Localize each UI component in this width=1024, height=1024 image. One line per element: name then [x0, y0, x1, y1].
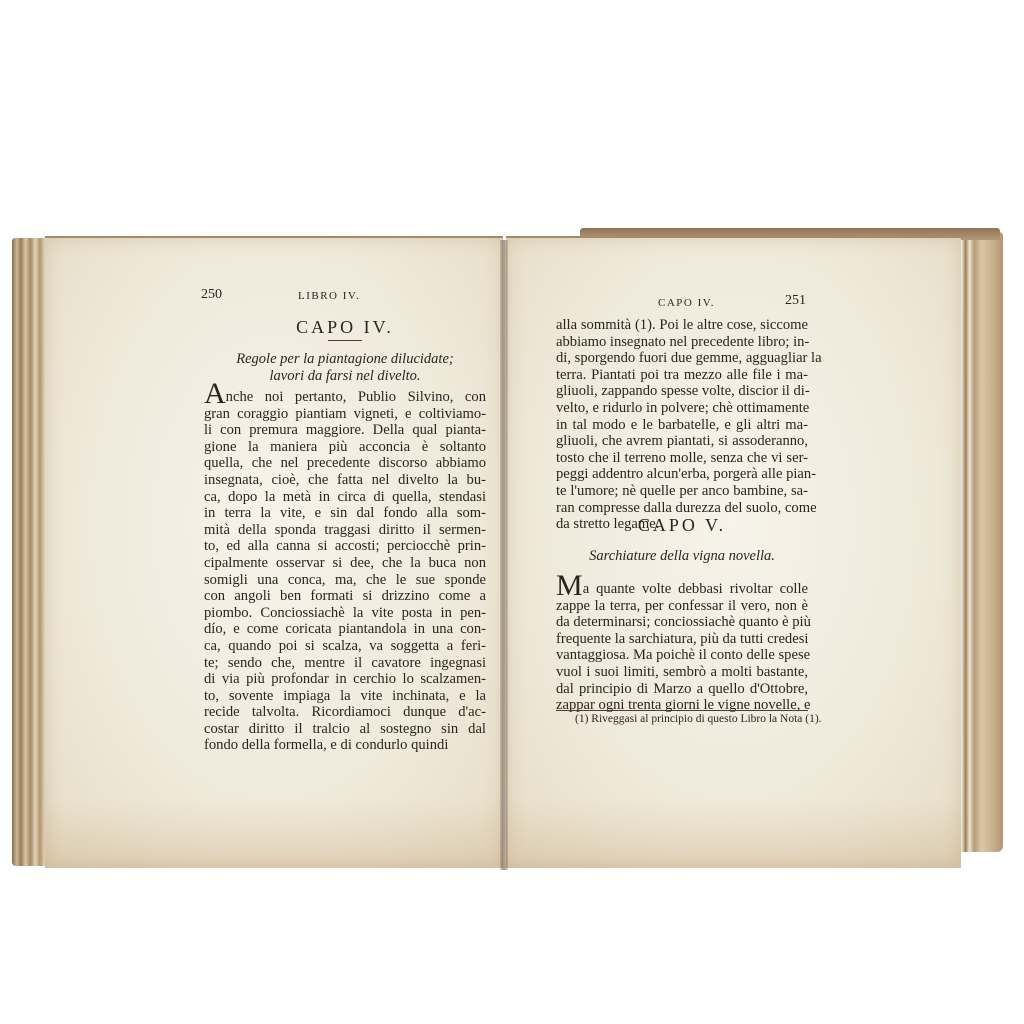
book-gutter: [500, 240, 508, 870]
body-line: vantaggiosa. Ma poichè il conto delle sp…: [556, 647, 808, 664]
body-line: te; sendo che, mentre il cavatore ingegn…: [204, 655, 486, 672]
body-line: insegnata, cioè, che fatta nel divelto l…: [204, 472, 486, 489]
body-line: gliuoli, che avrem piantati, si assodera…: [556, 433, 808, 450]
body-line: ca, quando poi si scalza, va soggetta a …: [204, 638, 486, 655]
body-line: alla sommità (1). Poi le altre cose, sic…: [556, 317, 808, 334]
chapter-subtitle-right: Sarchiature della vigna novella.: [556, 548, 808, 565]
body-line: frequente la sarchiatura, più da tutti c…: [556, 631, 808, 648]
page-number-left: 250: [201, 287, 222, 303]
body-line: to, ed alla canna si accosti; perciocchè…: [204, 538, 486, 555]
body-line: abbiamo insegnato nel precedente libro; …: [556, 334, 808, 351]
body-line: da determinarsi; conciossiachè quanto è …: [556, 614, 808, 631]
body-line: to, sovente impiaga la vite inchinata, e…: [204, 688, 486, 705]
body-line: in tal modo e le barbatelle, e gli altri…: [556, 417, 808, 434]
body-line: tosto che il terreno molle, senza che vi…: [556, 450, 808, 467]
body-line: di, sporgendo fuori due gemme, agguaglia…: [556, 350, 808, 367]
body-line: zappar ogni trenta giorni le vigne novel…: [556, 697, 808, 714]
left-body-text: Anche noi pertanto, Publio Silvino, con …: [204, 386, 486, 754]
body-line: peggi addentro alcun'erba, porgerà alle …: [556, 466, 808, 483]
body-line: mità della sponda traggasi diritto il se…: [204, 522, 486, 539]
body-line: cipalmente osservar si dee, che la buca …: [204, 555, 486, 572]
body-line: li con premura maggiore. Della qual pian…: [204, 422, 486, 439]
right-body-text-top: alla sommità (1). Poi le altre cose, sic…: [556, 317, 808, 533]
running-head-left: LIBRO IV.: [298, 290, 360, 302]
body-line: Ma quante volte debbasi rivoltar colle: [556, 578, 808, 598]
body-line: di via più profondar in cerchio lo scalz…: [204, 671, 486, 688]
body-line: piombo. Conciossiachè la vite posta in p…: [204, 605, 486, 622]
body-line: somigli una conca, ma, che le sue sponde: [204, 572, 486, 589]
page-number-right: 251: [785, 293, 806, 309]
body-line: gran coraggio piantiam vigneti, e coltiv…: [204, 406, 486, 423]
right-body-text-bottom: Ma quante volte debbasi rivoltar colle z…: [556, 578, 808, 714]
chapter-subtitle-left: Regole per la piantagione dilucidate; la…: [200, 351, 490, 385]
body-line: fondo della formella, e di condurlo quin…: [204, 737, 486, 754]
subtitle-line: lavori da farsi nel divelto.: [200, 368, 490, 385]
body-line: te l'umore; nè quelle per anco bambine, …: [556, 483, 808, 500]
body-line: con angoli ben formati si drizzino come …: [204, 588, 486, 605]
page-stain: [506, 798, 961, 868]
body-line: quella, che nel precedente discorso abbi…: [204, 455, 486, 472]
subtitle-line: Regole per la piantagione dilucidate;: [200, 351, 490, 368]
body-line: terra. Piantati poi tra mezzo alle file …: [556, 367, 808, 384]
body-line: ran compresse dalla durezza del suolo, c…: [556, 500, 808, 517]
right-page-block-edge: [955, 232, 1003, 852]
body-line: dío, e come coricata piantandola in una …: [204, 621, 486, 638]
body-line: dal principio di Marzo a quello d'Ottobr…: [556, 681, 808, 698]
body-line: costar diritto il tralcio al sostegno si…: [204, 721, 486, 738]
body-line: zappe la terra, per confessar il vero, n…: [556, 598, 808, 615]
running-head-right: CAPO IV.: [658, 297, 715, 309]
body-line: Anche noi pertanto, Publio Silvino, con: [204, 386, 486, 406]
footnote: (1) Riveggasi al principio di questo Lib…: [575, 713, 822, 725]
chapter-title-right: CAPO V.: [556, 515, 808, 536]
open-book: 250 LIBRO IV. CAPO IV. Regole per la pia…: [0, 0, 1024, 1024]
chapter-title-left: CAPO IV.: [200, 317, 490, 338]
body-line: gliuoli, zappando spesse volte, discior …: [556, 383, 808, 400]
page-stain: [45, 798, 503, 868]
footnote-rule: [556, 710, 808, 711]
body-line: vuol i suoi limiti, sembrò a molti basta…: [556, 664, 808, 681]
body-line: in terra la vite, e sin dal fondo alla s…: [204, 505, 486, 522]
body-line: gione la maniera più acconcia è soltanto: [204, 439, 486, 456]
body-line: recide talvolta. Ricordiamoci dunque d'a…: [204, 704, 486, 721]
body-line: ca, dopo la metà in circa di quella, ste…: [204, 489, 486, 506]
title-rule: [328, 340, 362, 341]
body-line: velto, e ridurlo in polvere; chè ottimam…: [556, 400, 808, 417]
